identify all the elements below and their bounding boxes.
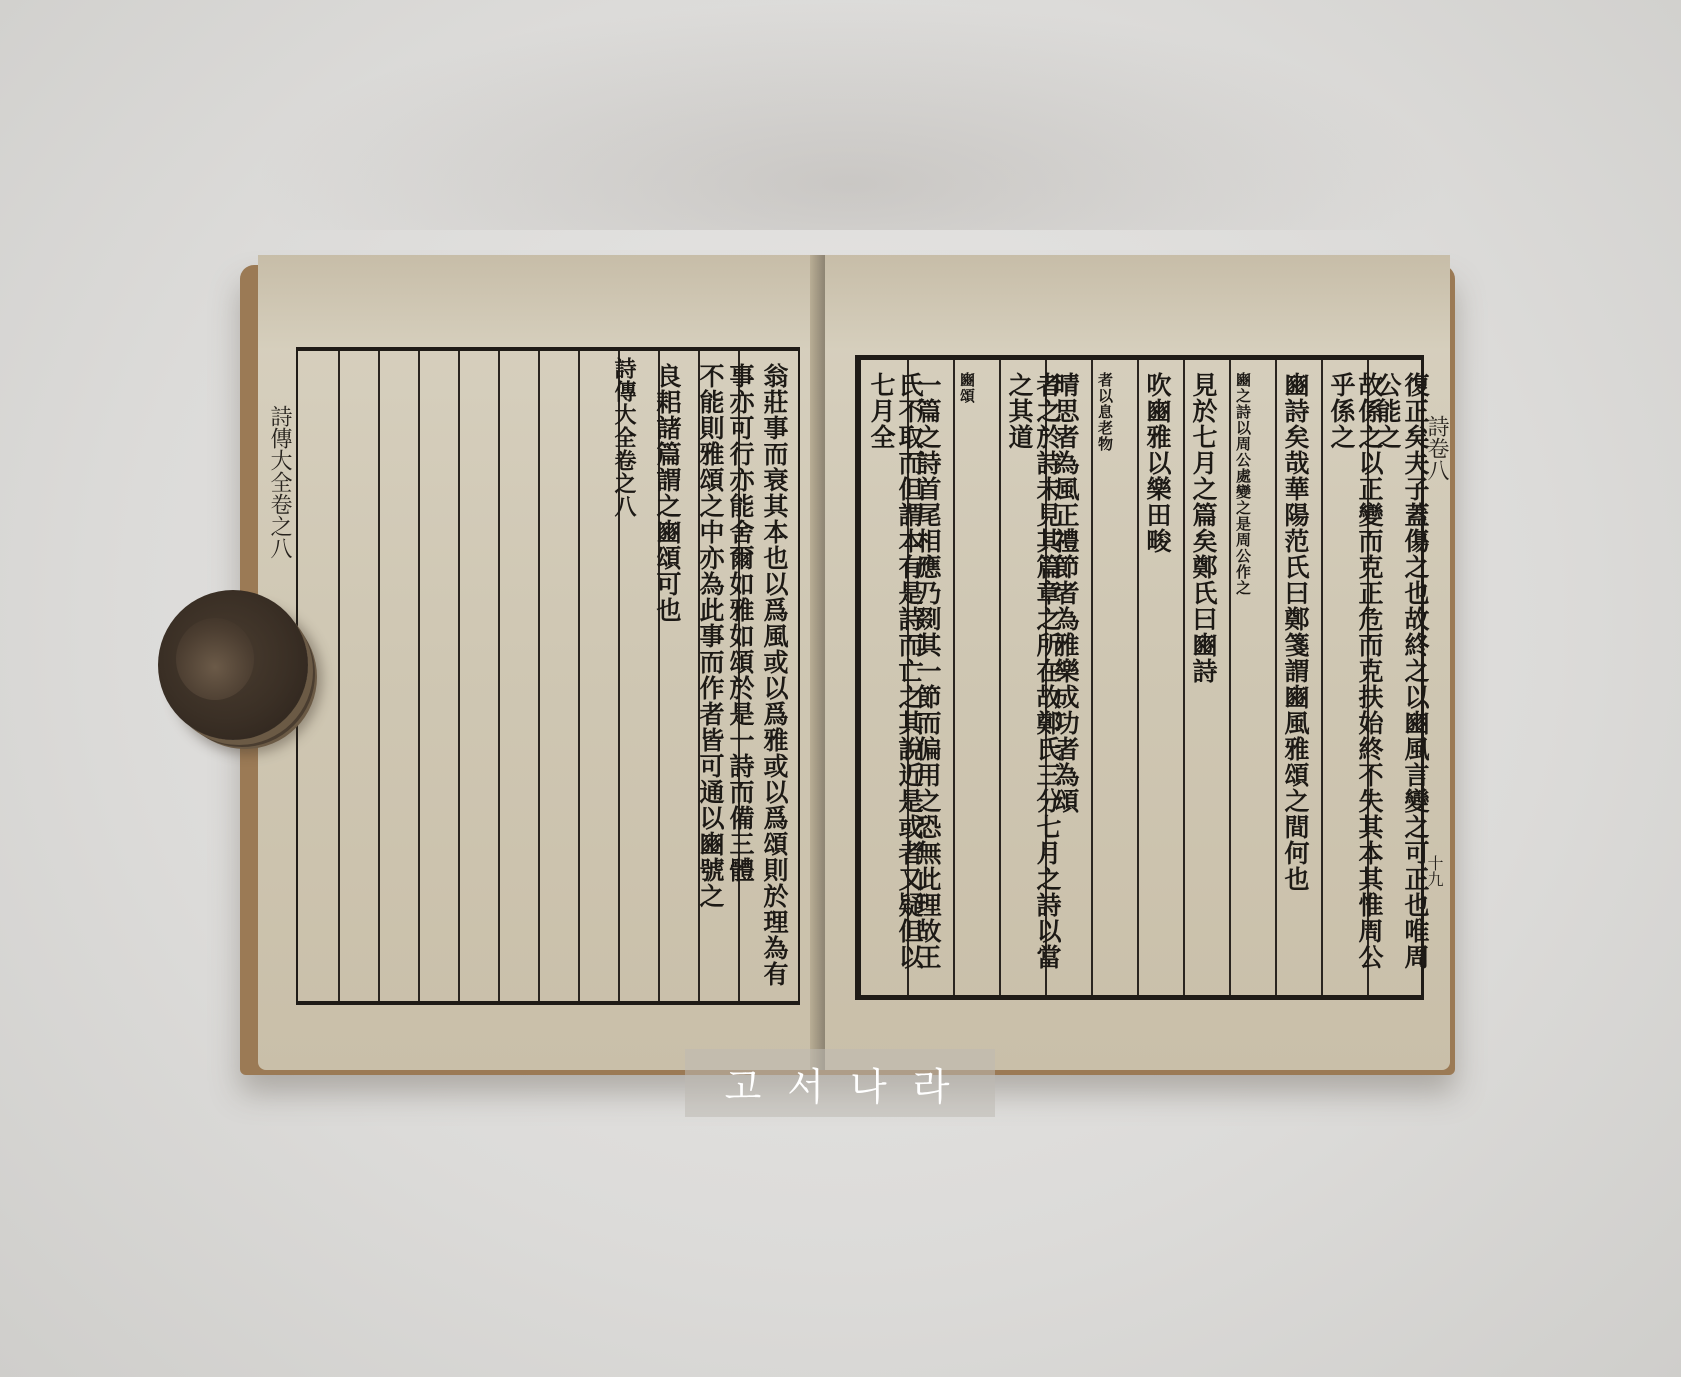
photo-scene: 詩傳大全卷之八 詩傳大全卷之八 良耜諸篇謂之豳頌可也 不能則雅頌之中亦為此事而作… [0, 0, 1681, 1377]
brass-weight-knob [176, 618, 254, 700]
left-margin-title: 詩傳大全卷之八 [264, 405, 295, 559]
left-page: 詩傳大全卷之八 詩傳大全卷之八 良耜諸篇謂之豳頌可也 不能則雅頌之中亦為此事而作… [258, 255, 828, 1070]
right-page: 氏不取而但謂本有是詩而亡之其說近是或者又疑但以七月全 一篇之詩首尾相應乃剟其一節… [825, 255, 1450, 1070]
left-text-frame: 詩傳大全卷之八 良耜諸篇謂之豳頌可也 不能則雅頌之中亦為此事而作者皆可通以豳號之… [296, 347, 800, 1005]
left-text-column: 翁莊事而衰其本也以爲風或以爲雅或以爲頌則於理為有 [760, 363, 788, 987]
right-text-frame: 氏不取而但謂本有是詩而亡之其說近是或者又疑但以七月全 一篇之詩首尾相應乃剟其一節… [855, 355, 1424, 1000]
left-text-column: 良耜諸篇謂之豳頌可也 [653, 363, 681, 623]
right-text-column: 豳詩矣哉華陽范氏曰鄭箋謂豳風雅頌之間何也 [1281, 372, 1309, 892]
right-text-column: 吹豳雅以樂田畯 [1143, 372, 1171, 554]
page-number: 十九 [1423, 855, 1446, 887]
right-text-column: 豳之詩以周公處變之是周公作之 [1235, 372, 1251, 596]
brass-weight [158, 590, 308, 740]
watermark: 고서나라 [685, 1049, 995, 1117]
right-text-column: 見於七月之篇矣鄭氏曰豳詩 [1189, 372, 1217, 684]
left-text-column: 不能則雅頌之中亦為此事而作者皆可通以豳號之 [696, 363, 724, 909]
right-text-column: 者以息老物 [1097, 372, 1113, 452]
right-text-column: 豳頌 [959, 372, 975, 404]
background-shadow [250, 0, 1450, 230]
left-end-title: 詩傳大全卷之八 [610, 357, 638, 518]
right-text-column: 晴思者為風正禮節者為雅樂成功者為頌 [1051, 372, 1079, 814]
left-text-column: 事亦可行亦能舍爾如雅如頌於是一詩而備三體 [726, 363, 754, 883]
right-margin-title: 詩卷八 [1421, 415, 1452, 481]
right-upper-margin [825, 255, 1450, 350]
open-book: 詩傳大全卷之八 詩傳大全卷之八 良耜諸篇謂之豳頌可也 不能則雅頌之中亦為此事而作… [240, 255, 1455, 1075]
right-text-column: 一篇之詩首尾相應乃剟其一節而偏用之恐無此理故王 [913, 372, 941, 970]
left-upper-margin [258, 255, 828, 350]
